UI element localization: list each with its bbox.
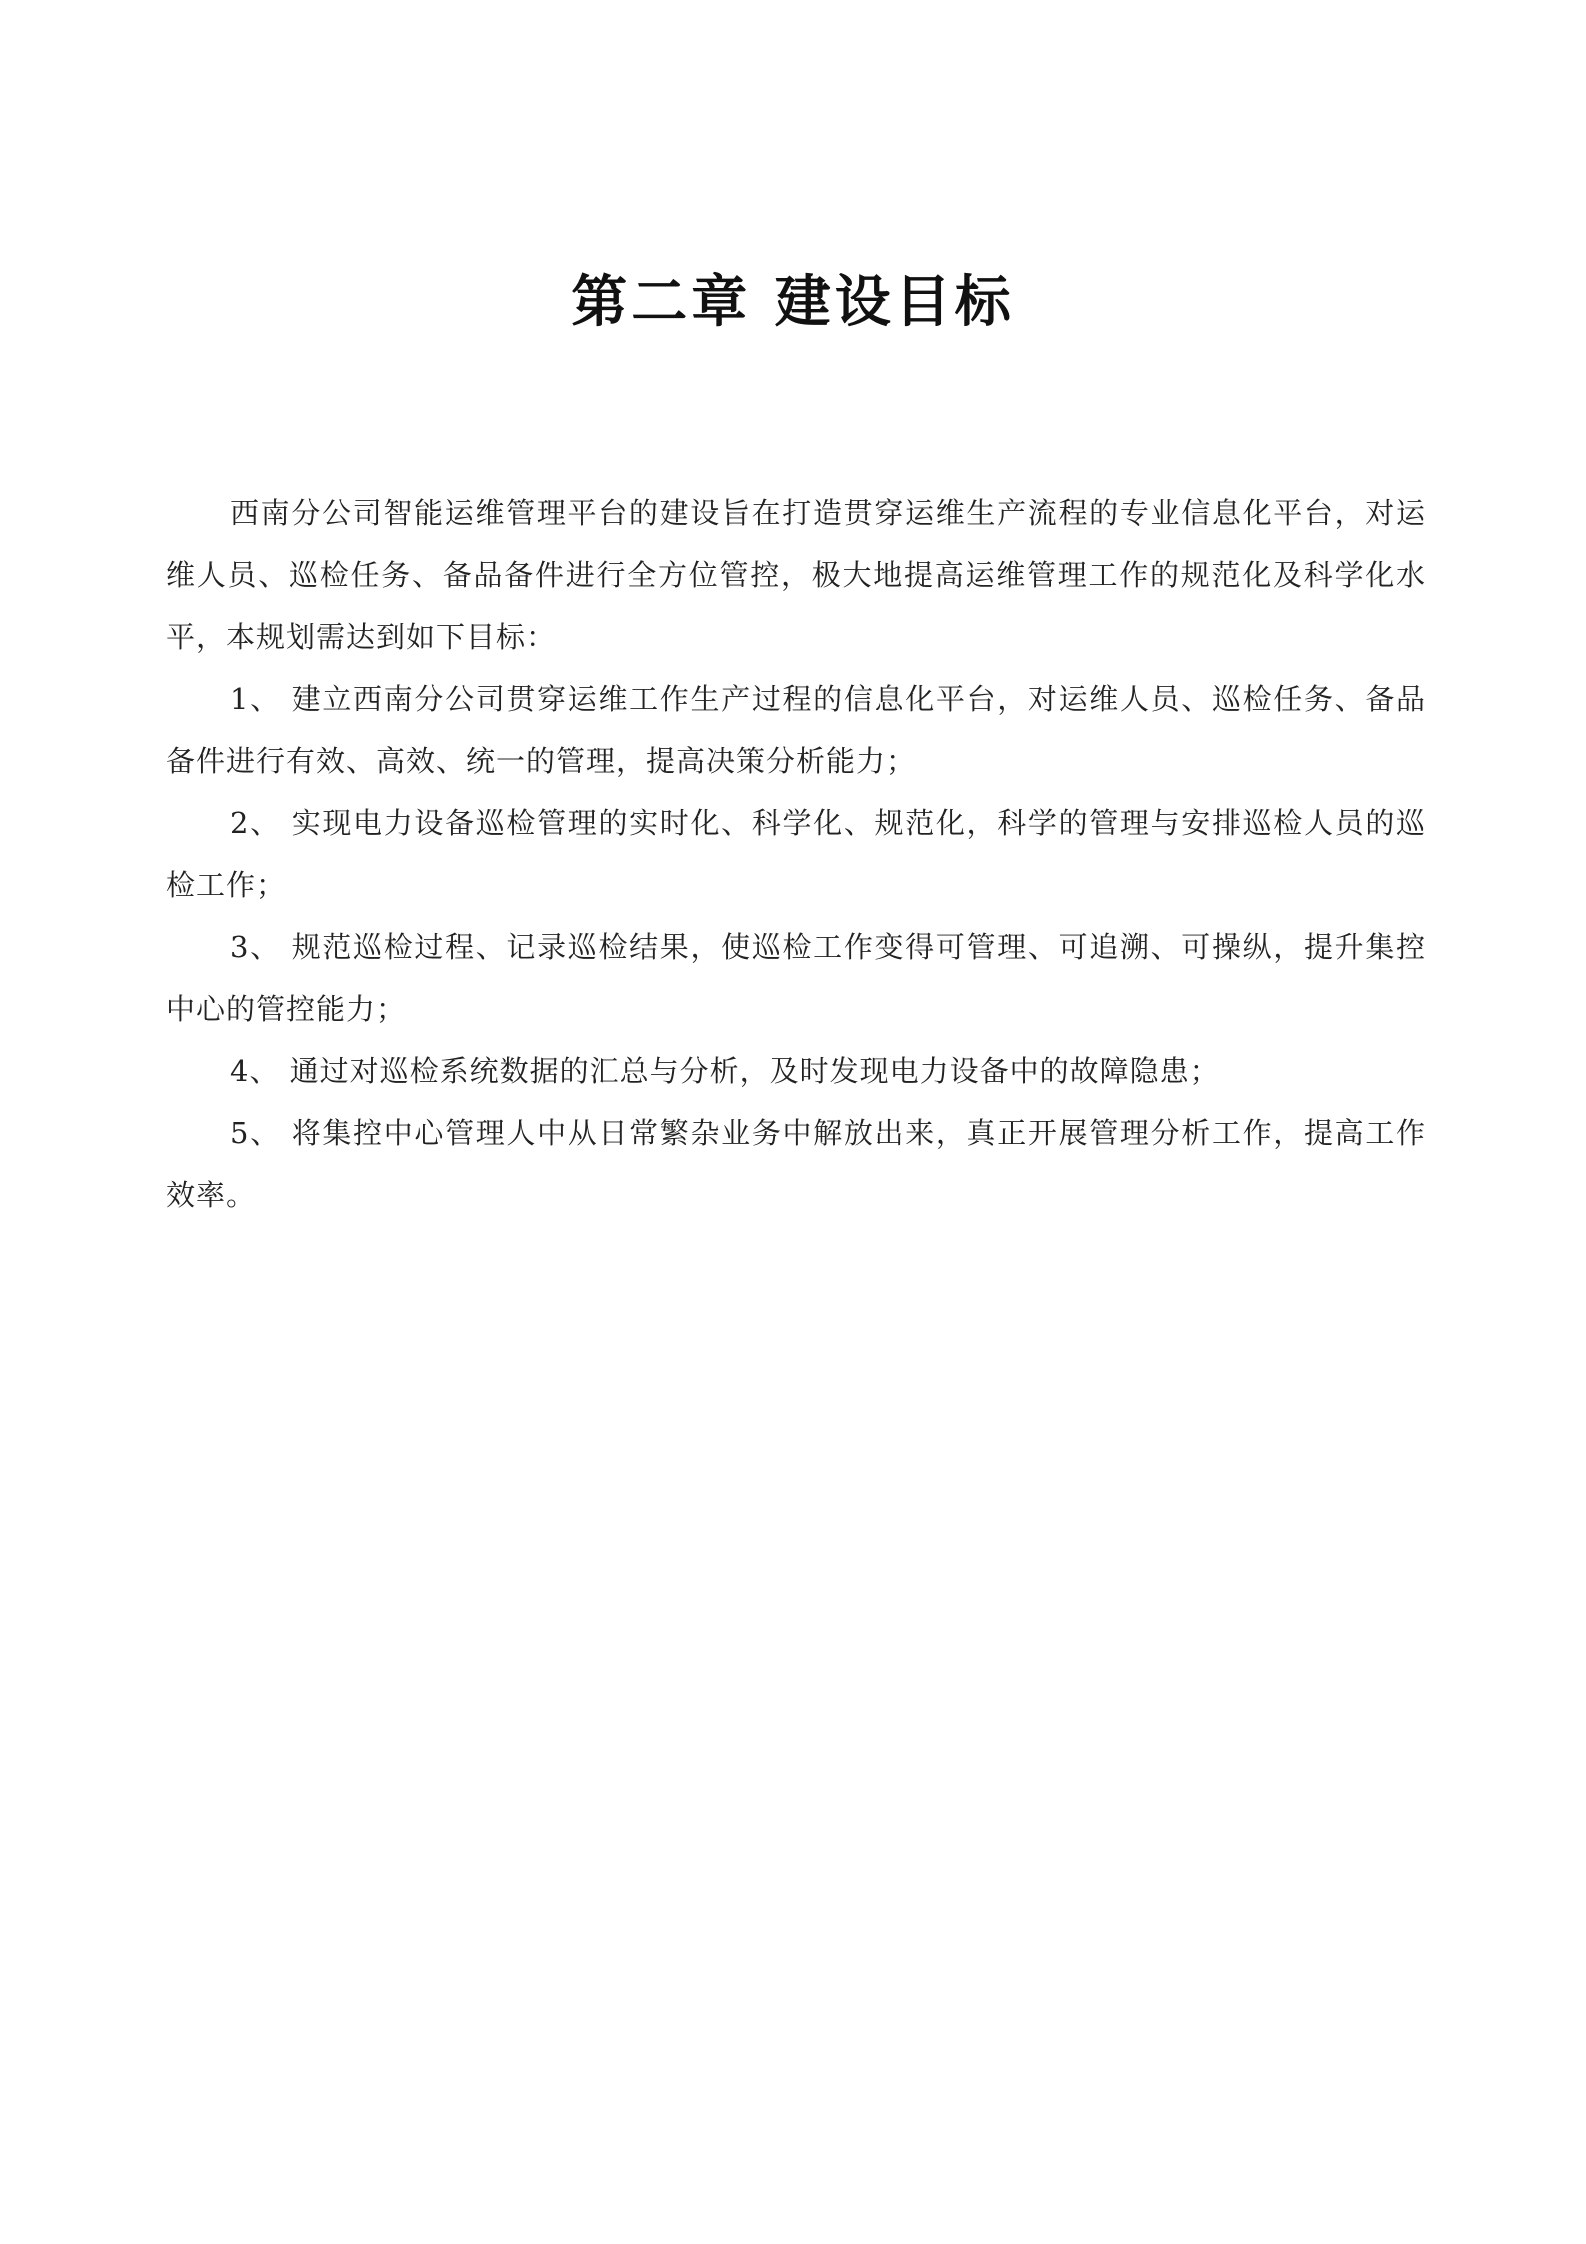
goal-item-4: 4、 通过对巡检系统数据的汇总与分析，及时发现电力设备中的故障隐患； [166,1040,1426,1102]
document-page: 第二章 建设目标 西南分公司智能运维管理平台的建设旨在打造贯穿运维生产流程的专业… [0,0,1586,2244]
intro-paragraph: 西南分公司智能运维管理平台的建设旨在打造贯穿运维生产流程的专业信息化平台，对运维… [166,482,1426,668]
goal-item-2: 2、 实现电力设备巡检管理的实时化、科学化、规范化，科学的管理与安排巡检人员的巡… [166,792,1426,916]
goal-item-5: 5、 将集控中心管理人中从日常繁杂业务中解放出来，真正开展管理分析工作，提高工作… [166,1102,1426,1226]
chapter-title: 第二章 建设目标 [0,258,1586,338]
goal-item-1: 1、 建立西南分公司贯穿运维工作生产过程的信息化平台，对运维人员、巡检任务、备品… [166,668,1426,792]
document-body: 西南分公司智能运维管理平台的建设旨在打造贯穿运维生产流程的专业信息化平台，对运维… [166,482,1426,1226]
goal-item-3: 3、 规范巡检过程、记录巡检结果，使巡检工作变得可管理、可追溯、可操纵，提升集控… [166,916,1426,1040]
